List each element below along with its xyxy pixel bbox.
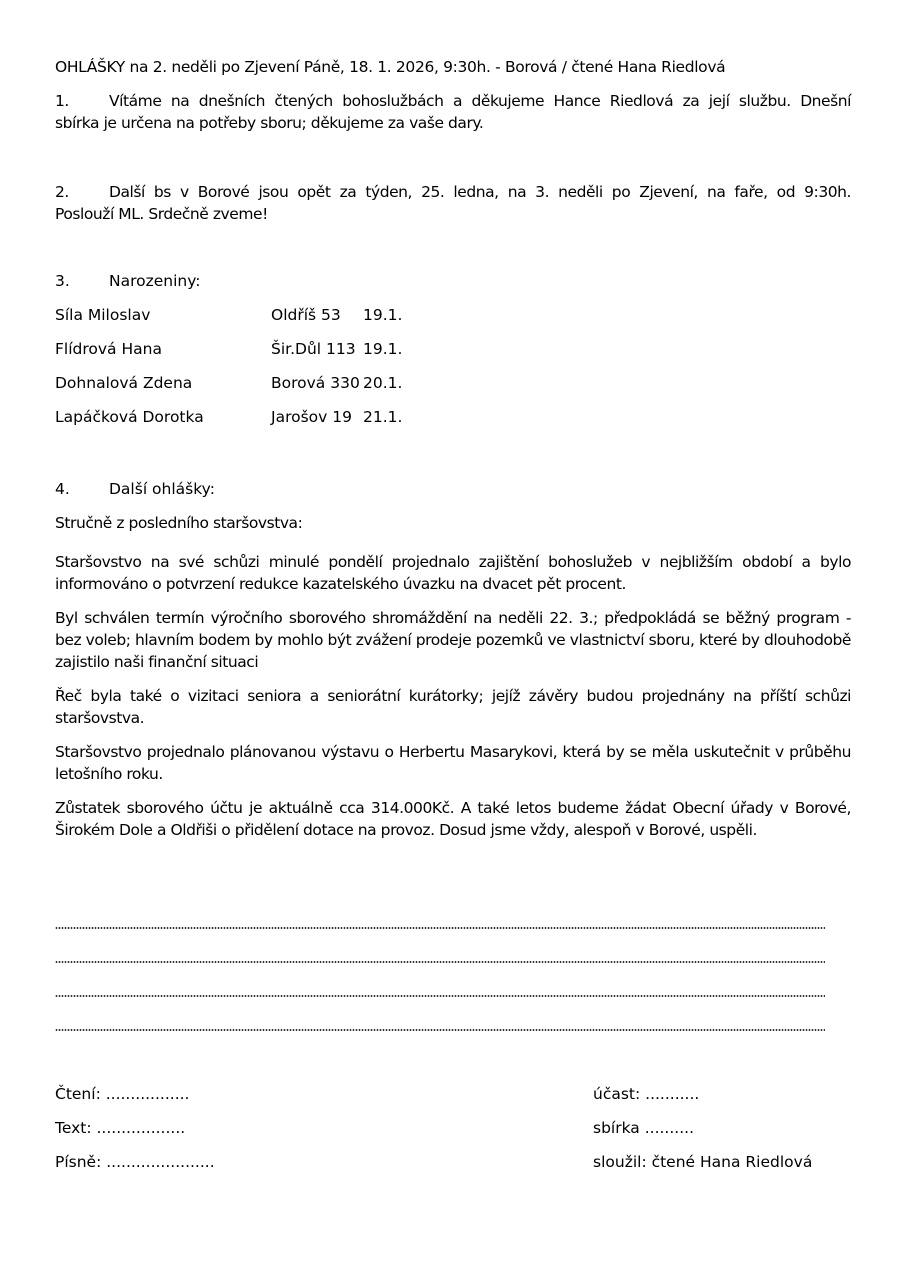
birthday-address: Jarošov 19: [271, 406, 352, 428]
footer-songs: Písně: ......................: [55, 1151, 215, 1173]
footer-collection: sbírka ..........: [593, 1117, 694, 1139]
birthday-date: 20.1.: [363, 372, 402, 394]
other-announcements-heading: 4.Další ohlášky:: [55, 478, 215, 500]
item-number: 3.: [55, 270, 109, 292]
dotted-line: [55, 961, 825, 963]
birthday-date: 19.1.: [363, 338, 402, 360]
item-number: 1.: [55, 90, 109, 112]
elders-summary-heading: Stručně z posledního staršovstva:: [55, 512, 302, 534]
announcement-paragraph: Byl schválen termín výročního sborového …: [55, 607, 851, 673]
birthday-address: Oldříš 53: [271, 304, 341, 326]
birthday-name: Síla Miloslav: [55, 304, 150, 326]
item-number: 4.: [55, 478, 109, 500]
birthday-date: 19.1.: [363, 304, 402, 326]
footer-attendance: účast: ...........: [593, 1083, 699, 1105]
birthday-name: Dohnalová Zdena: [55, 372, 192, 394]
announcement-item-2: 2.Další bs v Borové jsou opět za týden, …: [55, 181, 851, 225]
birthday-address: Borová 330: [271, 372, 360, 394]
announcement-paragraph: Zůstatek sborového účtu je aktuálně cca …: [55, 797, 851, 841]
announcement-item-1: 1.Vítáme na dnešních čtených bohoslužbác…: [55, 90, 851, 134]
footer-reading: Čtení: .................: [55, 1083, 189, 1105]
announcement-paragraph: Staršovstvo projednalo plánovanou výstav…: [55, 741, 851, 785]
birthday-name: Lapáčková Dorotka: [55, 406, 204, 428]
birthday-address: Šir.Důl 113: [271, 338, 356, 360]
dotted-line: [55, 995, 825, 997]
announcement-paragraph: Řeč byla také o vizitaci seniora a senio…: [55, 685, 851, 729]
birthdays-heading: 3.Narozeniny:: [55, 270, 201, 292]
footer-served-by: sloužil: čtené Hana Riedlová: [593, 1151, 812, 1173]
dotted-line: [55, 1029, 825, 1031]
announcement-paragraph: Staršovstvo na své schůzi minulé pondělí…: [55, 551, 851, 595]
dotted-line: [55, 927, 825, 929]
birthday-name: Flídrová Hana: [55, 338, 162, 360]
page-title: OHLÁŠKY na 2. neděli po Zjevení Páně, 18…: [55, 56, 725, 78]
footer-text: Text: ..................: [55, 1117, 185, 1139]
birthday-date: 21.1.: [363, 406, 402, 428]
item-number: 2.: [55, 181, 109, 203]
